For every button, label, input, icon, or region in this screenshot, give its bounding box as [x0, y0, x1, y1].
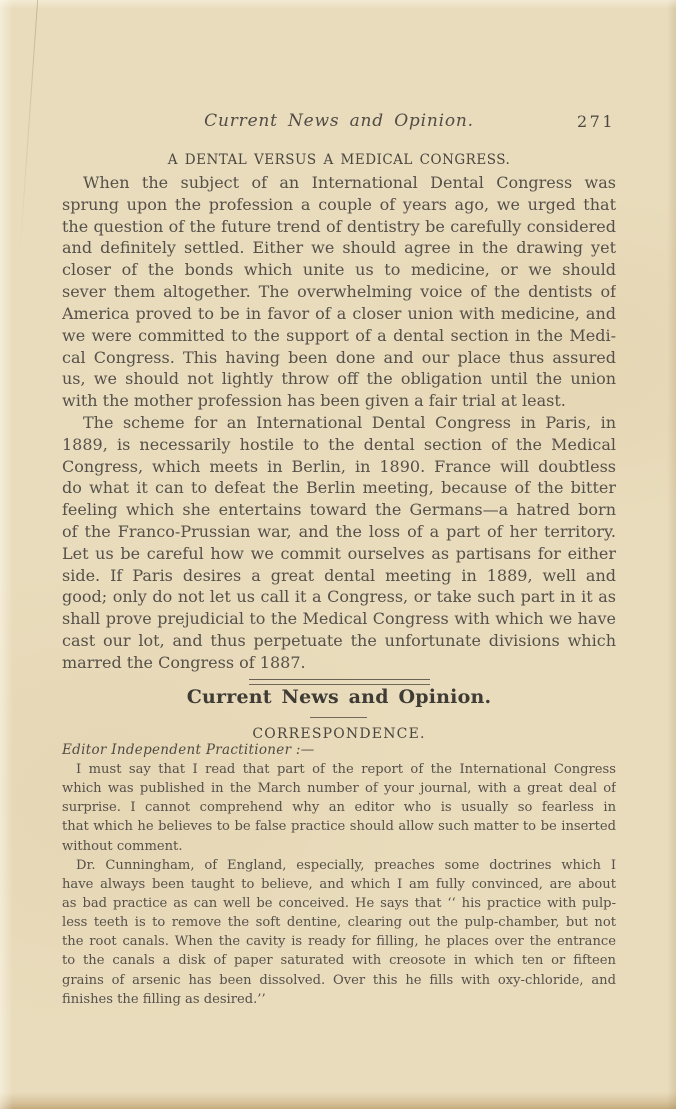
text-line: to the canals a disk of paper saturated … [62, 951, 616, 970]
running-header: Current News and Opinion. [62, 111, 616, 131]
text-line: as bad practice as can well be conceived… [62, 894, 616, 913]
text-line: shall prove prejudicial to the Medical C… [62, 608, 616, 630]
double-rule [249, 679, 430, 685]
scanned-book-page: Current News and Opinion. 271 A DENTAL V… [0, 0, 676, 1109]
correspondence-salutation: Editor Independent Practitioner :— [62, 742, 315, 758]
text-line: have always been taught to believe, and … [62, 875, 616, 894]
text-line: Let us be careful how we commit ourselve… [62, 543, 616, 565]
text-line: feeling which she entertains toward the … [62, 499, 616, 521]
text-line: grains of arsenic has been dissolved. Ov… [62, 971, 616, 990]
text-line: sprung upon the profession a couple of y… [62, 194, 616, 216]
text-line: cal Congress. This having been done and … [62, 347, 616, 369]
text-line: surprise. I cannot comprehend why an edi… [62, 798, 616, 817]
section-masthead: Current News and Opinion. [62, 686, 616, 708]
correspondence-body: I must say that I read that part of the … [62, 760, 616, 1009]
text-line: the question of the future trend of dent… [62, 216, 616, 238]
text-line: finishes the filling as desired.’’ [62, 990, 616, 1009]
article-paragraph: The scheme for an International Dental C… [62, 412, 616, 674]
text-line: without comment. [62, 837, 616, 856]
text-line: Dr. Cunningham, of England, especially, … [62, 856, 616, 875]
text-line: 1889, is necessarily hostile to the dent… [62, 434, 616, 456]
text-line: good; only do not let us call it a Congr… [62, 586, 616, 608]
article-heading: A DENTAL VERSUS A MEDICAL CONGRESS. [62, 152, 616, 168]
text-line: and definitely settled. Either we should… [62, 237, 616, 259]
correspondence-paragraph: I must say that I read that part of the … [62, 760, 616, 856]
text-line: marred the Congress of 1887. [62, 652, 616, 674]
page-number: 271 [577, 112, 615, 131]
correspondence-heading: CORRESPONDENCE. [62, 726, 616, 742]
text-line: closer of the bonds which unite us to me… [62, 259, 616, 281]
text-line: America proved to be in favor of a close… [62, 303, 616, 325]
text-line: do what it can to defeat the Berlin meet… [62, 477, 616, 499]
text-line: us, we should not lightly throw off the … [62, 368, 616, 390]
text-line: we were committed to the support of a de… [62, 325, 616, 347]
text-line: I must say that I read that part of the … [62, 760, 616, 779]
text-line: less teeth is to remove the soft dentine… [62, 913, 616, 932]
article-paragraph: When the subject of an International Den… [62, 172, 616, 412]
text-line: sever them altogether. The overwhelming … [62, 281, 616, 303]
text-line: that which he believes to be false pract… [62, 817, 616, 836]
text-line: Congress, which meets in Berlin, in 1890… [62, 456, 616, 478]
text-line: The scheme for an International Dental C… [62, 412, 616, 434]
text-line: of the Franco-Prussian war, and the loss… [62, 521, 616, 543]
text-line: the root canals. When the cavity is read… [62, 932, 616, 951]
correspondence-paragraph: Dr. Cunningham, of England, especially, … [62, 856, 616, 1009]
text-line: cast our lot, and thus perpetuate the un… [62, 630, 616, 652]
short-rule [310, 717, 367, 718]
text-line: with the mother profession has been give… [62, 390, 616, 412]
text-line: side. If Paris desires a great dental me… [62, 565, 616, 587]
article-body: When the subject of an International Den… [62, 172, 616, 674]
text-line: which was published in the March number … [62, 779, 616, 798]
paper-crease [19, 0, 39, 257]
text-line: When the subject of an International Den… [62, 172, 616, 194]
